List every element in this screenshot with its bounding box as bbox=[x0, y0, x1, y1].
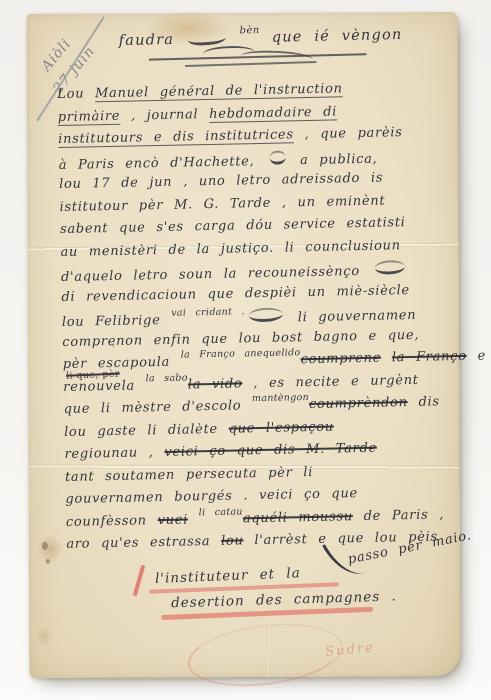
manuscript-text: , journal bbox=[120, 106, 209, 123]
manuscript-text: Lou bbox=[57, 86, 95, 102]
manuscript-text: que li mèstre d'escolo bbox=[64, 398, 253, 417]
struck-word: vuei bbox=[157, 512, 188, 528]
red-oval-stamp bbox=[184, 615, 346, 694]
manuscript-text: aro qu'es estrassa bbox=[66, 534, 221, 552]
manuscript-text bbox=[188, 512, 199, 527]
struck-word: veici ço que dis M. Tarde bbox=[164, 441, 377, 460]
red-pencil-slash bbox=[133, 565, 145, 597]
ink-speck bbox=[46, 559, 50, 564]
strikeout-scribble bbox=[187, 30, 226, 47]
title-word: faudra bbox=[119, 32, 175, 49]
struck-word: que l'espaçou bbox=[228, 419, 334, 436]
manuscript-text: d'aquelo letro soun la recouneissènço bbox=[61, 264, 371, 285]
paper-stain bbox=[35, 626, 53, 646]
manuscript-text: à Paris encò d'Hachette, bbox=[59, 153, 266, 172]
manuscript-text: a publica, bbox=[289, 151, 378, 168]
paper-stain bbox=[37, 534, 63, 564]
strikeout-scribble bbox=[249, 307, 284, 323]
red-stamp-text: Sudre bbox=[325, 640, 376, 659]
manuscript-text: , es necite e urgènt bbox=[242, 372, 418, 391]
manuscript-text: e bbox=[467, 348, 491, 364]
manuscript-paper: Aiòli 27 juin faudra bèn que ié vèngon L… bbox=[27, 12, 461, 678]
inserted-word: bèn bbox=[239, 25, 260, 36]
underlined-text: hebdomadaire di bbox=[209, 104, 337, 122]
underlined-text: primàire bbox=[58, 108, 121, 124]
inserted-word: vai cridant . bbox=[171, 306, 245, 318]
title-words: que ié vèngon bbox=[272, 27, 403, 46]
manuscript-body: Lou Manuel général de l'instructionprimà… bbox=[57, 79, 472, 560]
inserted-word: la Franço anequelido bbox=[181, 347, 301, 360]
ink-speck bbox=[42, 542, 48, 550]
manuscript-text: regiounau , bbox=[64, 445, 164, 462]
inserted-word: mantèngon bbox=[252, 392, 309, 404]
struck-word: la vido bbox=[188, 376, 243, 392]
manuscript-text: de Paris , bbox=[353, 507, 444, 524]
struck-word: coumprene bbox=[300, 351, 381, 368]
manuscript-text: lou gaste li dialète bbox=[64, 421, 229, 439]
struck-word: aquéli moussu bbox=[243, 509, 353, 526]
manuscript-text bbox=[381, 350, 392, 365]
struck-word: lou bbox=[221, 533, 244, 548]
underlined-text: Manuel général de l'instruction bbox=[95, 81, 343, 101]
manuscript-title: faudra bèn que ié vèngon bbox=[119, 27, 409, 49]
manuscript-text: , que parèis bbox=[294, 125, 403, 142]
manuscript-text: counfèsson bbox=[66, 513, 158, 530]
struck-edit-note: li que, pèr bbox=[66, 369, 120, 382]
strikeout-scribble bbox=[269, 150, 286, 165]
photo-backdrop: Aiòli 27 juin faudra bèn que ié vèngon L… bbox=[0, 0, 491, 700]
manuscript-text: li gouvernamen bbox=[287, 308, 417, 326]
struck-word: la Franço bbox=[392, 349, 467, 365]
manuscript-text: dis bbox=[408, 394, 440, 410]
strikeout-scribble bbox=[374, 260, 405, 276]
inserted-word: li catau bbox=[199, 506, 243, 518]
manuscript-text: lou Felibrige bbox=[62, 313, 172, 330]
inserted-word: la sabo bbox=[146, 372, 188, 384]
struck-word: coumprèndon bbox=[309, 395, 408, 412]
